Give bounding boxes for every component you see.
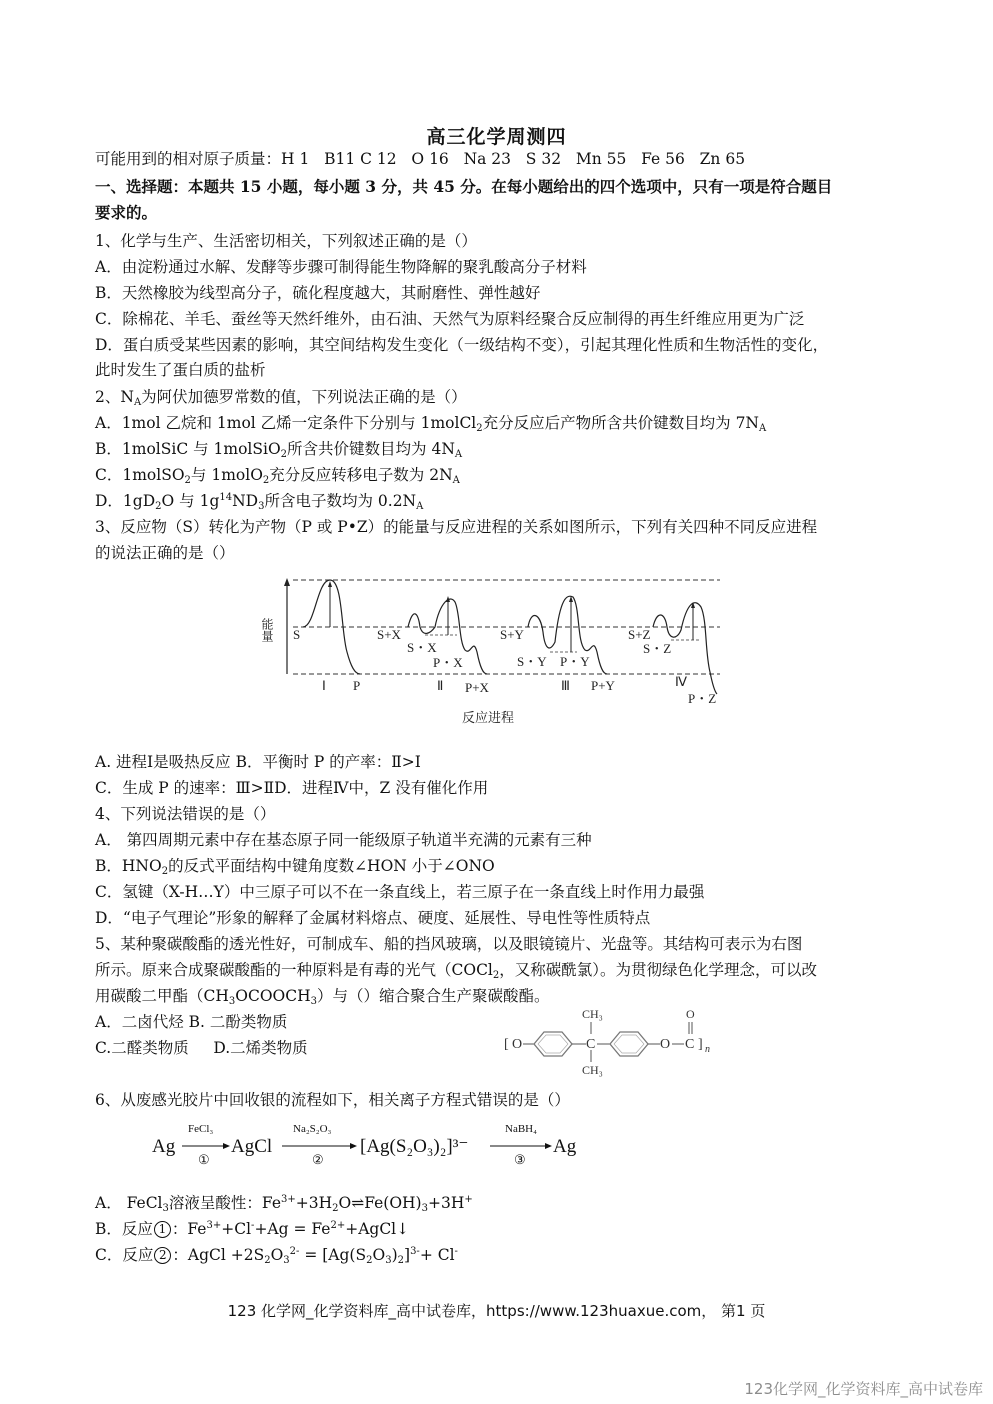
- q5-stem-line2: 所示。原来合成聚碳酸酯的一种原料是有毒的光气（COCl2，又称碳酰氯）。为贯彻绿…: [95, 960, 817, 980]
- flow-agcl: AgCl: [231, 1136, 272, 1157]
- x-axis-label: 反应进程: [462, 710, 514, 725]
- atomic-masses: 可能用到的相对原子质量：H 1 B11 C 12 O 16 Na 23 S 32…: [95, 149, 745, 169]
- watermark: 123化学网_化学资料库_高中试卷库: [744, 1378, 983, 1399]
- text: B．1molSiC 与 1molSiO: [95, 440, 281, 458]
- text: D．1gD: [95, 492, 155, 510]
- svg-text:[: [: [504, 1037, 509, 1052]
- q5-options-ab: A．二卤代烃 B. 二酚类物质: [95, 1012, 287, 1032]
- q2-option-d: D．1gD2O 与 1g14ND3所含电子数均为 0.2NA: [95, 491, 423, 511]
- text: +AgCl↓: [345, 1220, 409, 1238]
- text: B．HNO: [95, 857, 162, 875]
- text: ：AgCl +2S: [172, 1246, 264, 1264]
- circled-1-icon: 1: [154, 1221, 171, 1238]
- q2-stem: 2、NA为阿伏加德罗常数的值，下列说法正确的是（）: [95, 387, 467, 407]
- carbonyl-carbon: C: [685, 1037, 694, 1052]
- text: ，又称碳酰氯）。为贯彻绿色化学理念，可以改: [499, 961, 817, 979]
- text: O 与 1g: [162, 492, 220, 510]
- svg-text:]: ]: [698, 1037, 703, 1052]
- energy-diagram-svg: 能量 S Ⅰ P S+X S・X P・X Ⅱ P+X S+Y S・Y P・Y Ⅲ…: [255, 572, 725, 737]
- text: A． FeCl: [95, 1194, 163, 1212]
- q2-stem-text: 2、N: [95, 388, 134, 406]
- sub: A: [453, 475, 460, 486]
- q6-option-a: A． FeCl3溶液呈酸性：Fe3++3H2O⇌Fe(OH)3+3H+: [95, 1193, 473, 1213]
- repeat-n: n: [705, 1044, 710, 1055]
- text: C．反应: [95, 1246, 153, 1264]
- text: 用碳酸二甲酯（CH: [95, 987, 229, 1005]
- text: 与 1molO: [191, 466, 263, 484]
- page-title: 高三化学周测四: [0, 122, 993, 149]
- q6-option-b: B．反应1：Fe3++Cl-+Ag = Fe2++AgCl↓: [95, 1219, 409, 1239]
- reagent-na2s2o3: Na₂S₂O₃: [293, 1123, 332, 1135]
- reagent-fecl3: FeCl₃: [188, 1123, 213, 1135]
- label-ii: Ⅱ: [437, 678, 443, 693]
- sup: 14: [219, 492, 232, 503]
- step-3: ③: [514, 1152, 526, 1167]
- q2-option-a: A．1mol 乙烷和 1mol 乙烯一定条件下分别与 1molCl2充分反应后产…: [95, 413, 766, 433]
- center-carbon: C: [586, 1037, 595, 1052]
- q1-option-c: C．除棉花、羊毛、蚕丝等天然纤维外，由石油、天然气为原料经聚合反应制得的再生纤维…: [95, 309, 804, 329]
- q2-stem-text-post: 为阿伏加德罗常数的值，下列说法正确的是（）: [141, 388, 467, 406]
- label-p-dot-x: P・X: [433, 655, 463, 670]
- polycarbonate-structure: [ O C CH₃ CH₃ O C O ] n: [500, 1004, 730, 1078]
- circled-2-icon: 2: [154, 1247, 171, 1264]
- q1-option-a: A．由淀粉通过水解、发酵等步骤可制得能生物降解的聚乳酸高分子材料: [95, 257, 587, 277]
- label-p-dot-z: P・Z: [688, 691, 716, 706]
- section-heading-line1: 一、选择题：本题共 15 小题，每小题 3 分，共 45 分。在每小题给出的四个…: [95, 177, 832, 197]
- text: OCOOCH: [235, 987, 310, 1005]
- text: 充分反应后产物所含共价键数目均为 7N: [483, 414, 759, 432]
- q1-option-d-line2: 此时发生了蛋白质的盐析: [95, 360, 266, 380]
- label-s-plus-x: S+X: [377, 627, 402, 642]
- methyl-bottom: CH₃: [582, 1063, 603, 1077]
- q4-option-d: D．“电子气理论”形象的解释了金属材料熔点、硬度、延展性、导电性等性质特点: [95, 908, 650, 928]
- q5-options-cd: C.二醛类物质 D.二烯类物质: [95, 1038, 308, 1058]
- text: = [Ag(S: [299, 1246, 366, 1264]
- q3-options-ab: A. 进程Ⅰ是吸热反应 B．平衡时 P 的产率：Ⅱ>Ⅰ: [95, 752, 421, 772]
- label-p-dot-y: P・Y: [560, 654, 590, 669]
- text: 所含电子数均为 0.2N: [264, 492, 416, 510]
- q2-option-b: B．1molSiC 与 1molSiO2所含共价键数目均为 4NA: [95, 439, 462, 459]
- sub: A: [759, 423, 766, 434]
- text: ：Fe: [172, 1220, 207, 1238]
- sup: -: [455, 1246, 458, 1257]
- q5-stem-line1: 5、某种聚碳酸酯的透光性好，可制成车、船的挡风玻璃，以及眼镜镜片、光盘等。其结构…: [95, 934, 802, 954]
- text: A．1mol 乙烷和 1mol 乙烯一定条件下分别与 1molCl: [95, 414, 476, 432]
- q6-option-c: C．反应2：AgCl +2S2O32- = [Ag(S2O3)2]3-+ Cl-: [95, 1245, 458, 1265]
- sup: 3+: [206, 1220, 221, 1231]
- step-1: ①: [198, 1152, 210, 1167]
- text: O: [372, 1246, 385, 1264]
- label-s-plus-z: S+Z: [628, 627, 651, 642]
- atomic-masses-values: H 1 B11 C 12 O 16 Na 23 S 32 Mn 55 Fe 56…: [281, 150, 745, 168]
- q3-options-cd: C．生成 P 的速率：Ⅲ>ⅡD．进程Ⅳ中，Z 没有催化作用: [95, 778, 488, 798]
- sup: 2+: [330, 1220, 345, 1231]
- text: +Cl: [221, 1220, 251, 1238]
- q3-stem-line1: 3、反应物（S）转化为产物（P 或 P•Z）的能量与反应进程的关系如图所示，下列…: [95, 517, 817, 537]
- text: O⇌Fe(OH): [339, 1194, 422, 1212]
- label-p-plus-y: P+Y: [591, 678, 616, 693]
- sup: 3+: [281, 1194, 296, 1205]
- text: O: [271, 1246, 284, 1264]
- text: ）与（）缩合聚合生产聚碳酸酯。: [317, 987, 550, 1005]
- text: ND: [232, 492, 258, 510]
- q1-option-d-line1: D．蛋白质受某些因素的影响，其空间结构发生变化（一级结构不变），引起其理化性质和…: [95, 335, 828, 355]
- q4-option-c: C．氢键（X-H…Y）中三原子可以不在一条直线上，若三原子在一条直线上时作用力最…: [95, 882, 704, 902]
- text: 所示。原来合成聚碳酸酯的一种原料是有毒的光气（COCl: [95, 961, 493, 979]
- atomic-masses-label: 可能用到的相对原子质量：: [95, 150, 281, 168]
- methyl-top: CH₃: [582, 1007, 603, 1021]
- label-s-plus-y: S+Y: [500, 627, 525, 642]
- step-2: ②: [312, 1152, 324, 1167]
- text: C．1molSO: [95, 466, 185, 484]
- text: +3H: [428, 1194, 464, 1212]
- flow-complex: [Ag(S₂O₃)₂]³⁻: [360, 1136, 468, 1157]
- q3-stem-line2: 的说法正确的是（）: [95, 543, 235, 563]
- label-s: S: [293, 627, 300, 642]
- label-s-dot-y: S・Y: [517, 654, 547, 669]
- flow-svg: Ag FeCl₃ ① AgCl Na₂S₂O₃ ② [Ag(S₂O₃)₂]³⁻ …: [150, 1118, 590, 1172]
- label-s-dot-x: S・X: [407, 640, 437, 655]
- q1-stem: 1、化学与生产、生活密切相关，下列叙述正确的是（）: [95, 231, 477, 251]
- q5-stem-line3: 用碳酸二甲酯（CH3OCOOCH3）与（）缩合聚合生产聚碳酸酯。: [95, 986, 550, 1006]
- text: + Cl: [420, 1246, 455, 1264]
- flow-ag-start: Ag: [152, 1136, 176, 1157]
- ether-oxygen-2: O: [660, 1037, 670, 1052]
- label-iv: Ⅳ: [675, 674, 687, 689]
- reagent-nabh4: NaBH₄: [505, 1123, 537, 1135]
- sub: A: [455, 449, 462, 460]
- silver-recovery-flow: Ag FeCl₃ ① AgCl Na₂S₂O₃ ② [Ag(S₂O₃)₂]³⁻ …: [150, 1118, 590, 1172]
- text: +Ag = Fe: [254, 1220, 330, 1238]
- text: 溶液呈酸性：Fe: [169, 1194, 281, 1212]
- text: 充分反应转移电子数为 2N: [269, 466, 452, 484]
- q4-option-b: B．HNO2的反式平面结构中键角度数∠HON 小于∠ONO: [95, 856, 495, 876]
- q2-option-c: C．1molSO2与 1molO2充分反应转移电子数为 2NA: [95, 465, 460, 485]
- label-i: Ⅰ: [322, 678, 326, 693]
- page-footer: 123 化学网_化学资料库_高中试卷库，https://www.123huaxu…: [0, 1300, 993, 1321]
- sup: 2-: [290, 1246, 300, 1257]
- text: 所含共价键数目均为 4N: [287, 440, 455, 458]
- q1-option-b: B．天然橡胶为线型高分子，硫化程度越大，其耐磨性、弹性越好: [95, 283, 540, 303]
- energy-diagram: 能量 S Ⅰ P S+X S・X P・X Ⅱ P+X S+Y S・Y P・Y Ⅲ…: [255, 572, 725, 737]
- sup: 3-: [410, 1246, 420, 1257]
- q4-option-a: A． 第四周期元素中存在基态原子同一能级原子轨道半充满的元素有三种: [95, 830, 592, 850]
- label-p-plus-x: P+X: [465, 680, 490, 695]
- axis-arrow-icon: [284, 578, 290, 586]
- q4-stem: 4、下列说法错误的是（）: [95, 804, 275, 824]
- text: 的反式平面结构中键角度数∠HON 小于∠ONO: [168, 857, 495, 875]
- sup: +: [464, 1194, 472, 1205]
- text: +3H: [296, 1194, 332, 1212]
- label-s-dot-z: S・Z: [643, 641, 671, 656]
- ether-oxygen: O: [512, 1037, 522, 1052]
- polycarbonate-svg: [ O C CH₃ CH₃ O C O ] n: [500, 1004, 730, 1078]
- carbonyl-oxygen: O: [686, 1007, 695, 1021]
- label-p: P: [353, 678, 360, 693]
- section-heading-line2: 要求的。: [95, 203, 157, 223]
- label-iii: Ⅲ: [561, 678, 570, 693]
- q6-stem: 6、从废感光胶片中回收银的流程如下，相关离子方程式错误的是（）: [95, 1090, 570, 1110]
- y-axis-label: 能量: [260, 617, 274, 642]
- flow-ag-end: Ag: [553, 1136, 577, 1157]
- text: B．反应: [95, 1220, 153, 1238]
- sub: A: [416, 501, 423, 512]
